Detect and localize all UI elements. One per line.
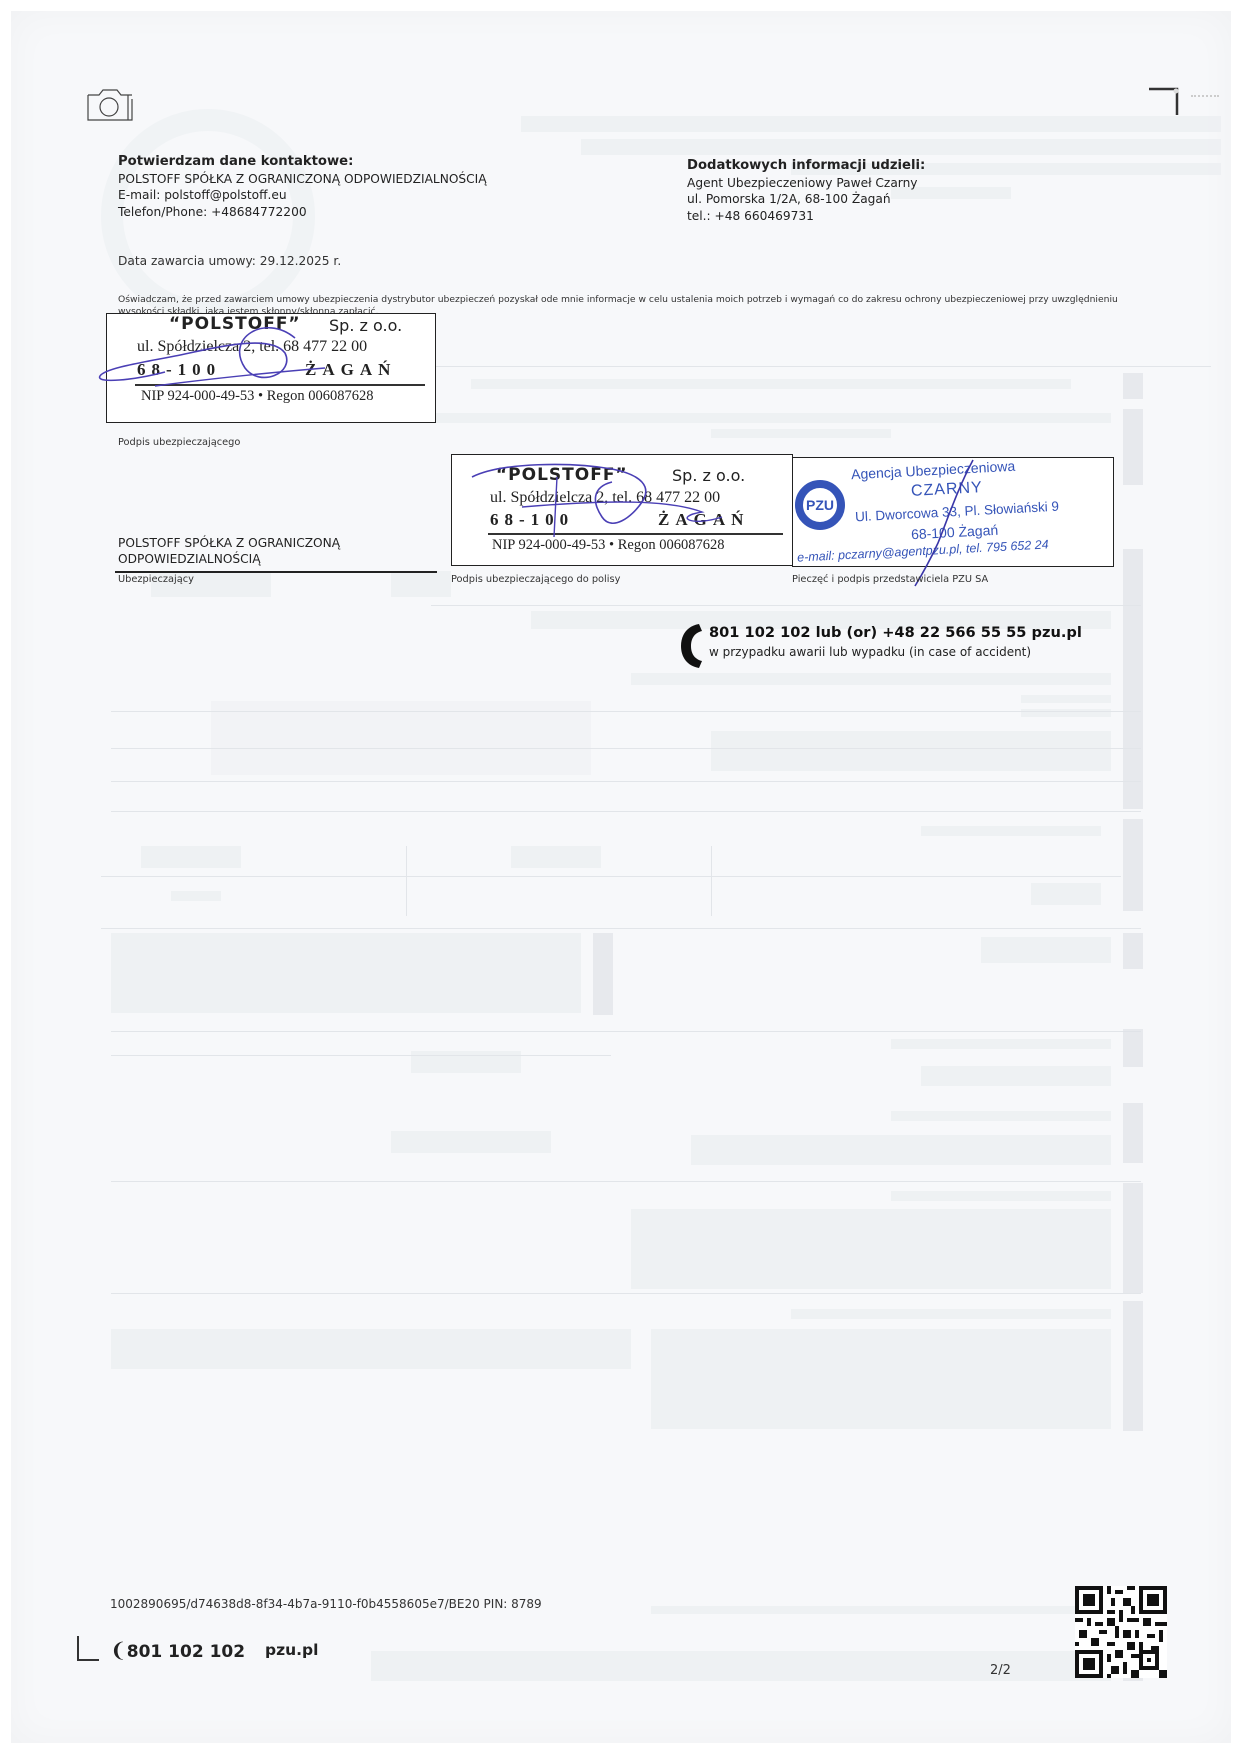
bleed-through — [651, 1329, 1111, 1429]
bleed-through — [521, 116, 1221, 132]
scan-artifact — [1191, 95, 1219, 99]
bleed-block — [1123, 373, 1143, 399]
bleed-through — [891, 1111, 1111, 1121]
insured-name-line2: ODPOWIEDZIALNOŚCIĄ — [118, 551, 340, 567]
corner-mark — [77, 1659, 99, 1661]
bleed-through — [391, 1131, 551, 1153]
bleed-through — [711, 429, 891, 438]
signature-stroke — [903, 458, 983, 588]
bleed-through — [651, 1606, 1111, 1614]
bleed-through — [711, 731, 1111, 771]
bleed-block — [1123, 1183, 1143, 1293]
contact-company: POLSTOFF SPÓŁKA Z OGRANICZONĄ ODPOWIEDZI… — [118, 171, 487, 188]
bleed-line — [111, 781, 1141, 782]
signature-caption-1: Podpis ubezpieczającego — [118, 437, 240, 448]
pzu-stamp-caption: Pieczęć i podpis przedstawiciela PZU SA — [792, 574, 988, 585]
hotline-number: 801 102 102 lub (or) +48 22 566 55 55 pz… — [709, 624, 1082, 641]
bleed-line — [431, 605, 1141, 606]
info-agent: Agent Ubezpieczeniowy Paweł Czarny — [687, 175, 925, 192]
emergency-hotline: 801 102 102 lub (or) +48 22 566 55 55 pz… — [679, 623, 1099, 673]
bleed-block — [1123, 819, 1143, 911]
insured-label: Ubezpieczający — [118, 574, 194, 585]
hotline-subtitle: w przypadku awarii lub wypadku (in case … — [709, 645, 1031, 659]
page-number: 2/2 — [990, 1663, 1011, 1678]
bleed-through — [1021, 695, 1111, 703]
bleed-through — [141, 846, 241, 868]
footer-phone-number: 801 102 102 — [127, 1642, 245, 1662]
bleed-through — [581, 139, 1221, 155]
bleed-line — [111, 1293, 1141, 1294]
pzu-agency-stamp: PZU Agencja Ubezpieczeniowa CZARNY Ul. D… — [792, 457, 1114, 567]
bleed-through — [981, 937, 1111, 963]
bleed-through — [1031, 883, 1101, 905]
bleed-line — [101, 928, 1141, 929]
bleed-through — [921, 826, 1101, 836]
bleed-block — [593, 933, 613, 1015]
bleed-line — [711, 846, 712, 916]
footer-site: pzu.pl — [265, 1641, 318, 1659]
contact-confirmation: Potwierdzam dane kontaktowe: POLSTOFF SP… — [118, 154, 487, 220]
polstoff-stamp-2: “POLSTOFF” Sp. z o.o. ul. Spółdzielcza 2… — [451, 454, 793, 566]
bleed-block — [1123, 409, 1143, 485]
additional-info: Dodatkowych informacji udzieli: Agent Ub… — [687, 158, 925, 224]
bleed-through — [631, 673, 1111, 685]
bleed-through — [391, 571, 451, 597]
pzu-logo: PZU — [795, 480, 845, 530]
bleed-block — [1123, 1029, 1143, 1067]
camera-icon — [87, 89, 133, 121]
corner-mark-icon — [1147, 85, 1181, 117]
contact-heading: Potwierdzam dane kontaktowe: — [118, 154, 487, 171]
info-phone: tel.: +48 660469731 — [687, 208, 925, 225]
bleed-line — [111, 811, 1141, 812]
info-address: ul. Pomorska 1/2A, 68-100 Żagań — [687, 191, 925, 208]
bleed-through — [921, 1066, 1111, 1086]
bleed-block — [1123, 1301, 1143, 1431]
bleed-through — [511, 846, 601, 868]
footer-phone: ❨801 102 102 — [110, 1638, 245, 1662]
phone-handset-icon: ❨ — [110, 1638, 127, 1662]
bleed-through — [111, 1329, 631, 1369]
scanned-page: Potwierdzam dane kontaktowe: POLSTOFF SP… — [11, 11, 1231, 1743]
bleed-through — [891, 1191, 1111, 1201]
bleed-line — [111, 1181, 1141, 1182]
signature-scribble — [95, 318, 345, 398]
bleed-line — [431, 366, 1211, 367]
bleed-line — [101, 876, 1121, 877]
bleed-line — [111, 1055, 611, 1056]
corner-mark — [77, 1636, 79, 1660]
bleed-block — [1123, 1103, 1143, 1163]
contact-phone: Telefon/Phone: +48684772200 — [118, 204, 487, 221]
contract-date: Data zawarcia umowy: 29.12.2025 r. — [118, 254, 341, 268]
bleed-through — [791, 1309, 1111, 1319]
insured-signature-line — [115, 571, 437, 573]
bleed-line — [111, 711, 1141, 712]
signature-caption-2: Podpis ubezpieczającego do polisy — [451, 574, 620, 585]
bleed-through — [171, 891, 221, 901]
info-heading: Dodatkowych informacji udzieli: — [687, 158, 925, 175]
bleed-through — [891, 1039, 1111, 1049]
insured-name-line1: POLSTOFF SPÓŁKA Z OGRANICZONĄ — [118, 535, 340, 551]
bleed-through — [691, 1135, 1111, 1165]
bleed-line — [111, 748, 1141, 749]
bleed-through — [111, 933, 581, 1013]
bleed-block — [1123, 549, 1143, 809]
document-id: 1002890695/d74638d8-8f34-4b7a-9110-f0b45… — [110, 1597, 542, 1611]
pzu-logo-text: PZU — [806, 497, 834, 513]
bleed-block — [1123, 933, 1143, 969]
contact-email: E-mail: polstoff@polstoff.eu — [118, 187, 487, 204]
phone-handset-icon — [679, 623, 703, 669]
bleed-through — [391, 413, 1111, 423]
bleed-through — [631, 1209, 1111, 1289]
qr-code — [1075, 1586, 1167, 1678]
insured-name: POLSTOFF SPÓŁKA Z OGRANICZONĄ ODPOWIEDZI… — [118, 535, 340, 567]
bleed-through — [471, 379, 1071, 389]
bleed-through — [211, 701, 591, 775]
signature-scribble — [462, 457, 762, 547]
bleed-line — [406, 846, 407, 916]
bleed-line — [111, 1031, 1141, 1032]
polstoff-stamp-1: “POLSTOFF” Sp. z o.o. ul. Spółdzielcza 2… — [106, 313, 436, 423]
